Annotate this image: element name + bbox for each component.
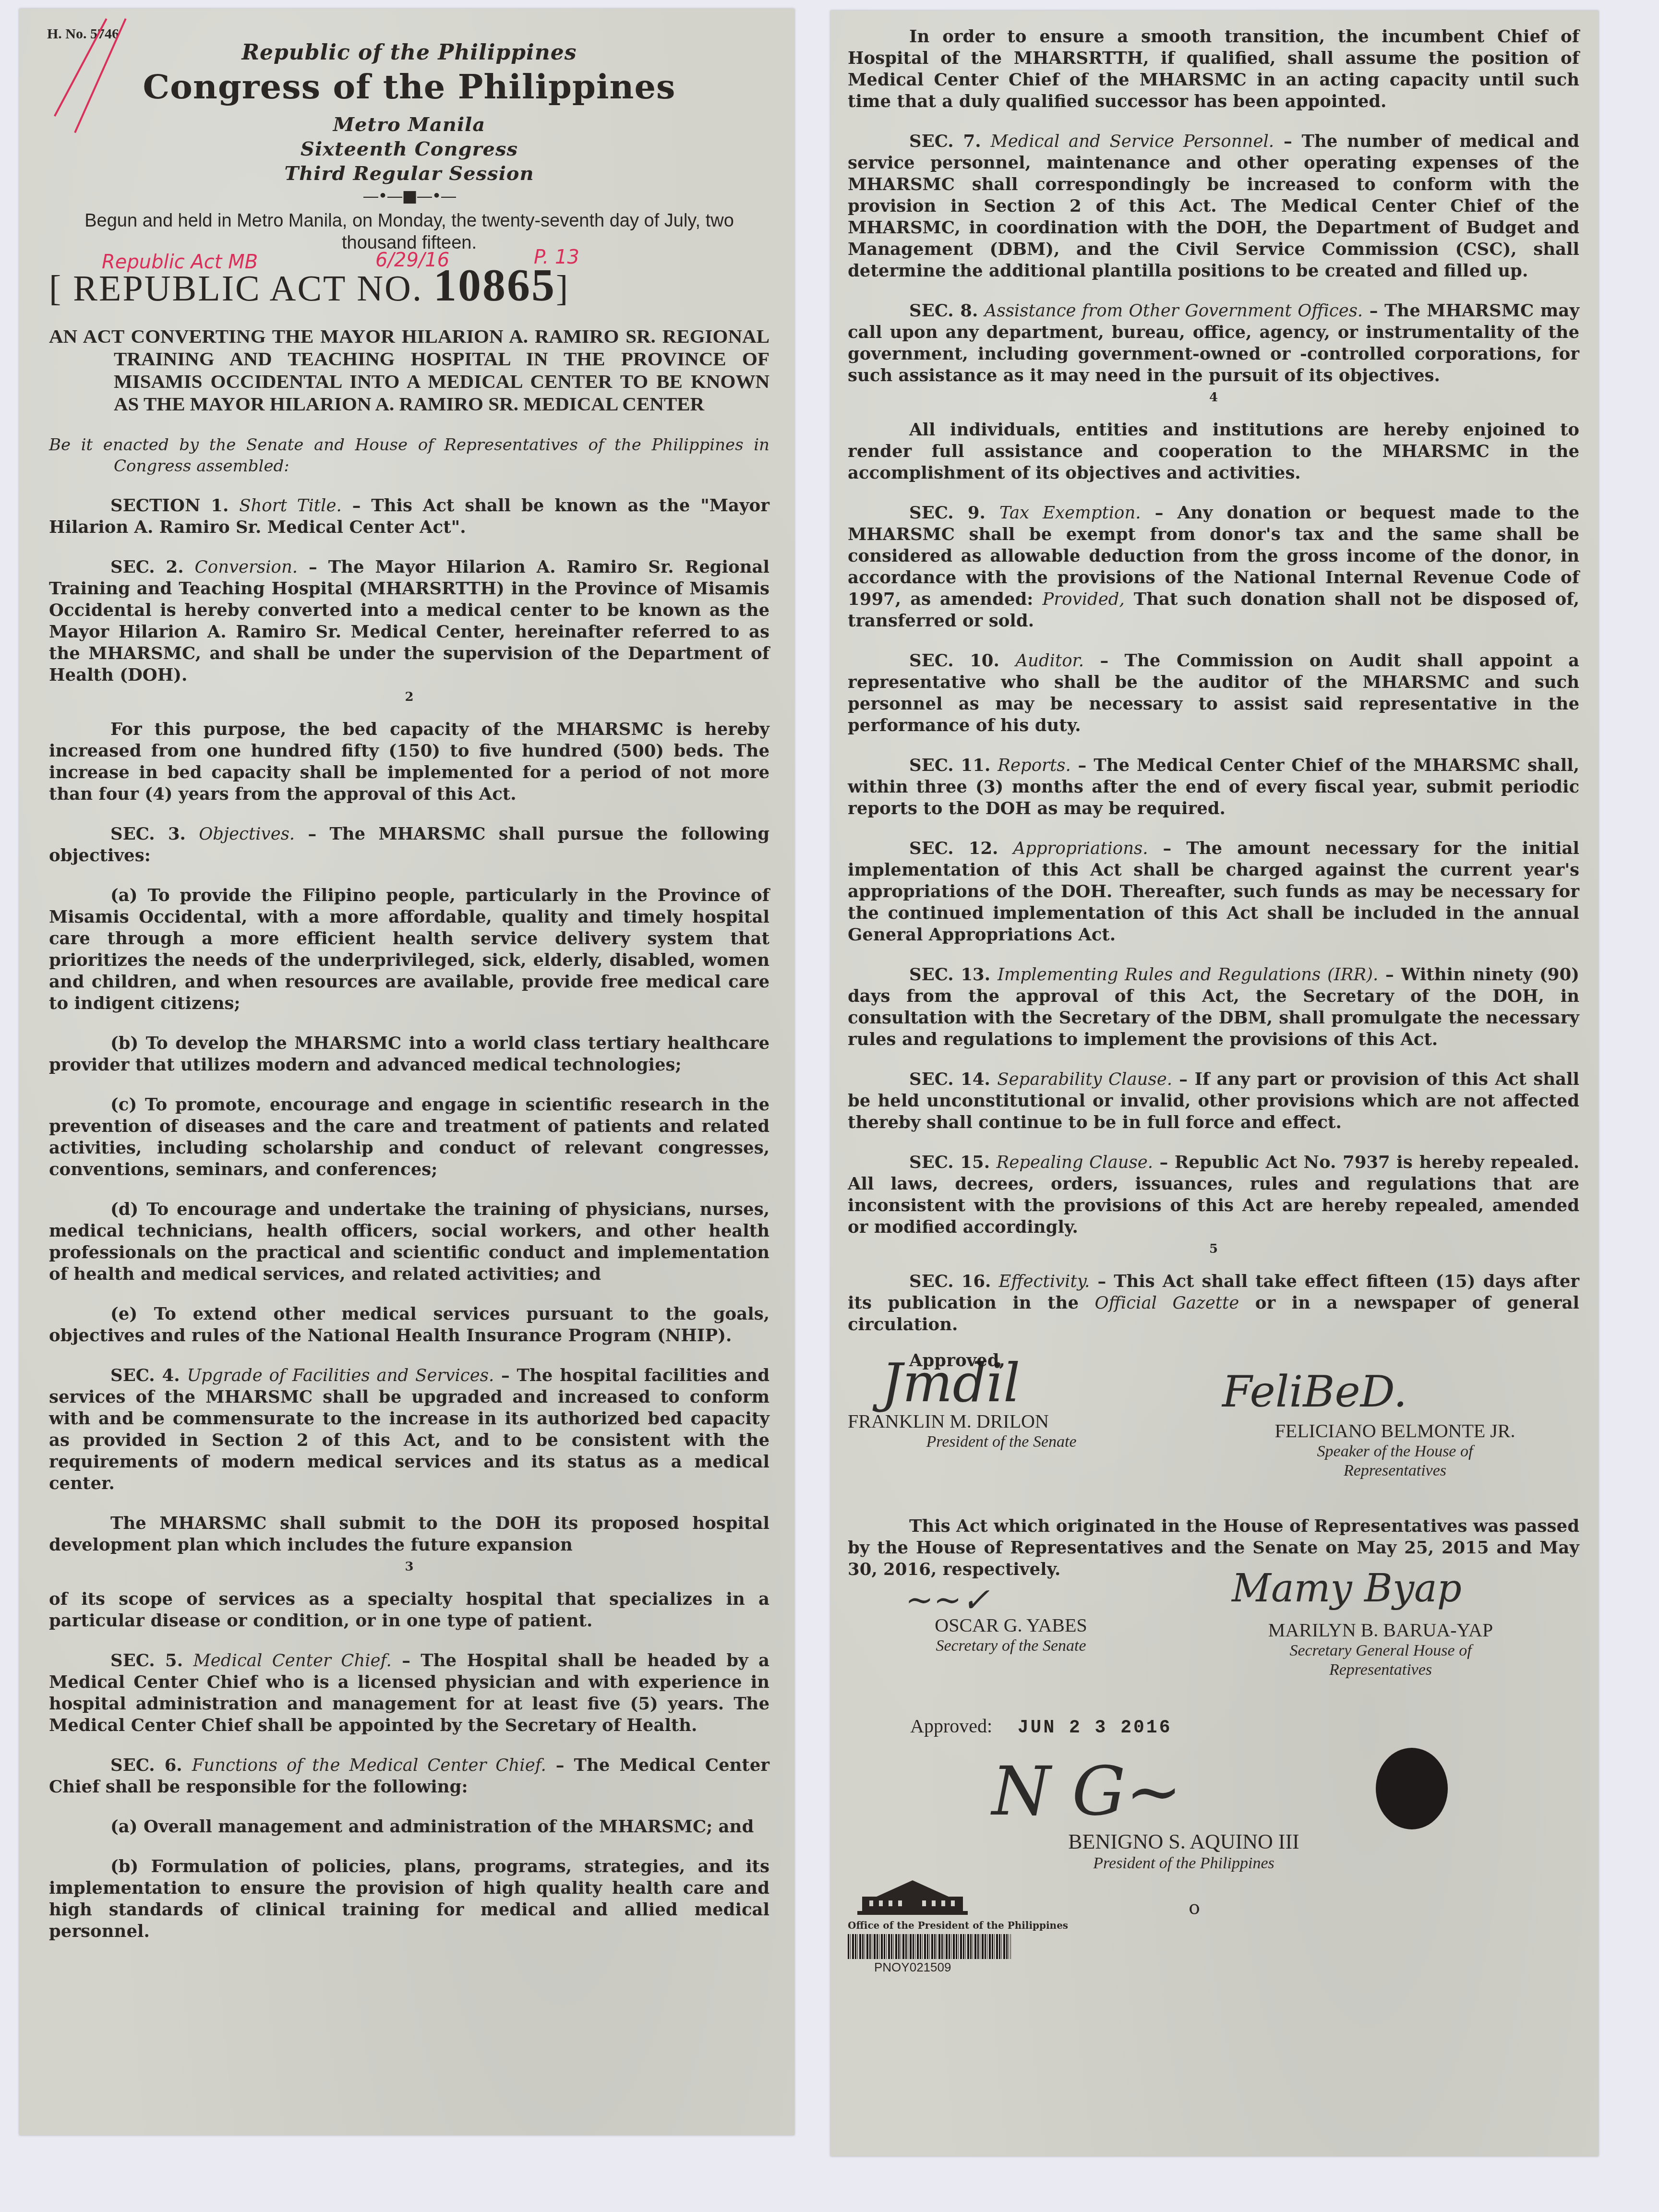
republic-act-heading: Republic Act MB 6/29/16 P. 13 [ REPUBLIC… <box>49 259 769 312</box>
signatory-aquino: BENIGNO S. AQUINO III President of the P… <box>968 1829 1400 1873</box>
section-8-cooperation: All individuals, entities and institutio… <box>848 419 1579 484</box>
signatory-barua-yap: MARILYN B. BARUA-YAP Secretary General H… <box>1222 1619 1539 1680</box>
header-sixteenth-congress: Sixteenth Congress <box>49 138 769 160</box>
signatories-top: Jmdil FRANKLIN M. DRILON President of th… <box>848 1371 1579 1515</box>
section-15: SEC. 15. Repealing Clause. – Republic Ac… <box>848 1152 1579 1238</box>
signatory-name: BENIGNO S. AQUINO III <box>968 1829 1400 1854</box>
section-4-development-plan: The MHARSMC shall submit to the DOH its … <box>49 1513 769 1556</box>
objective-e: (e) To extend other medical services pur… <box>49 1303 769 1346</box>
ra-suffix: ] <box>556 268 569 309</box>
header-republic: Republic of the Philippines <box>49 40 769 65</box>
enacting-clause: Be it enacted by the Senate and House of… <box>49 434 769 477</box>
section-2-bed-capacity: For this purpose, the bed capacity of th… <box>49 719 769 805</box>
signatory-name: MARILYN B. BARUA-YAP <box>1222 1619 1539 1641</box>
page-marker: o <box>1189 1897 1200 1919</box>
section-10: SEC. 10. Auditor. – The Commission on Au… <box>848 650 1579 736</box>
signatory-title: President of the Philippines <box>968 1854 1400 1873</box>
section-13: SEC. 13. Implementing Rules and Regulati… <box>848 964 1579 1050</box>
left-page-clipping: H. No. 5746 Republic of the Philippines … <box>19 9 794 2135</box>
official-seal <box>1376 1748 1448 1829</box>
belmonte-signature: FeliBeD. <box>1222 1367 1407 1417</box>
header-congress: Congress of the Philippines <box>49 67 769 107</box>
signatory-name: FRANKLIN M. DRILON <box>848 1410 1155 1432</box>
page-number: 4 <box>848 390 1579 405</box>
aquino-signature: N G~ <box>992 1753 1182 1831</box>
transition-paragraph: In order to ensure a smooth transition, … <box>848 26 1579 112</box>
section-4: SEC. 4. Upgrade of Facilities and Servic… <box>49 1365 769 1494</box>
signatory-yabes: OSCAR G. YABES Secretary of the Senate <box>886 1614 1136 1656</box>
drilon-signature: Jmdil <box>881 1352 1020 1414</box>
section-6: SEC. 6. Functions of the Medical Center … <box>49 1755 769 1798</box>
section-8: SEC. 8. Assistance from Other Government… <box>848 300 1579 386</box>
page-number: 5 <box>848 1242 1579 1256</box>
signatory-title: Speaker of the House of Representatives <box>1294 1442 1496 1480</box>
barua-yap-signature: Mamy Byap <box>1232 1566 1462 1611</box>
section-12: SEC. 12. Appropriations. – The amount ne… <box>848 838 1579 946</box>
signatories-mid: ~~✓ OSCAR G. YABES Secretary of the Sena… <box>848 1590 1579 1700</box>
section-5: SEC. 5. Medical Center Chief. – The Hosp… <box>49 1650 769 1736</box>
act-title: AN ACT CONVERTING THE MAYOR HILARION A. … <box>49 325 769 415</box>
approval-date-stamp: JUN 2 3 2016 <box>1018 1718 1172 1738</box>
ra-number: 10865 <box>433 259 556 311</box>
barcode-number: PNOY021509 <box>874 1960 951 1975</box>
header-session: Third Regular Session <box>49 162 769 185</box>
office-label: Office of the President of the Philippin… <box>848 1920 1068 1931</box>
function-b: (b) Formulation of policies, plans, prog… <box>49 1856 769 1942</box>
president-block: N G~ BENIGNO S. AQUINO III President of … <box>848 1738 1579 2007</box>
section-14: SEC. 14. Separability Clause. – If any p… <box>848 1069 1579 1133</box>
function-a: (a) Overall management and administratio… <box>49 1816 769 1838</box>
origin-statement: This Act which originated in the House o… <box>848 1515 1579 1580</box>
header-metro-manila: Metro Manila <box>49 113 769 136</box>
objective-a: (a) To provide the Filipino people, part… <box>49 885 769 1014</box>
begun-statement: Begun and held in Metro Manila, on Monda… <box>49 210 769 254</box>
signatory-title: President of the Senate <box>848 1432 1155 1452</box>
section-1: SECTION 1. Short Title. – This Act shall… <box>49 495 769 538</box>
section-16: SEC. 16. Effectivity. – This Act shall t… <box>848 1271 1579 1335</box>
objective-b: (b) To develop the MHARSMC into a world … <box>49 1033 769 1076</box>
section-11: SEC. 11. Reports. – The Medical Center C… <box>848 755 1579 819</box>
barcode <box>848 1934 1011 1959</box>
republic-act-title: [ REPUBLIC ACT NO. 10865] <box>49 258 569 312</box>
signatory-drilon: FRANKLIN M. DRILON President of the Sena… <box>848 1410 1155 1452</box>
page-number: 3 <box>49 1560 769 1574</box>
section-2: SEC. 2. Conversion. – The Mayor Hilarion… <box>49 556 769 686</box>
malacanang-palace-icon <box>857 1877 968 1916</box>
signatory-name: OSCAR G. YABES <box>886 1614 1136 1636</box>
ornament-divider: —•—■—•— <box>49 187 769 206</box>
right-page-clipping: In order to ensure a smooth transition, … <box>830 11 1599 2156</box>
section-4-development-plan-cont: of its scope of services as a specialty … <box>49 1588 769 1632</box>
section-3: SEC. 3. Objectives. – The MHARSMC shall … <box>49 823 769 866</box>
signatory-name: FELICIANO BELMONTE JR. <box>1203 1419 1587 1442</box>
objective-c: (c) To promote, encourage and engage in … <box>49 1094 769 1180</box>
section-9: SEC. 9. Tax Exemption. – Any donation or… <box>848 502 1579 632</box>
approval-label: Approved: <box>910 1715 992 1737</box>
signatory-belmonte: FELICIANO BELMONTE JR. Speaker of the Ho… <box>1203 1419 1587 1480</box>
section-7: SEC. 7. Medical and Service Personnel. –… <box>848 131 1579 282</box>
objective-d: (d) To encourage and undertake the train… <box>49 1199 769 1285</box>
page-number: 2 <box>49 690 769 704</box>
house-bill-number: H. No. 5746 <box>47 26 119 42</box>
ra-prefix: [ REPUBLIC ACT NO. <box>49 268 423 309</box>
signatory-title: Secretary General House of Representativ… <box>1275 1641 1486 1680</box>
approval-line: Approved: JUN 2 3 2016 <box>848 1715 1579 1738</box>
signatory-title: Secretary of the Senate <box>886 1636 1136 1656</box>
